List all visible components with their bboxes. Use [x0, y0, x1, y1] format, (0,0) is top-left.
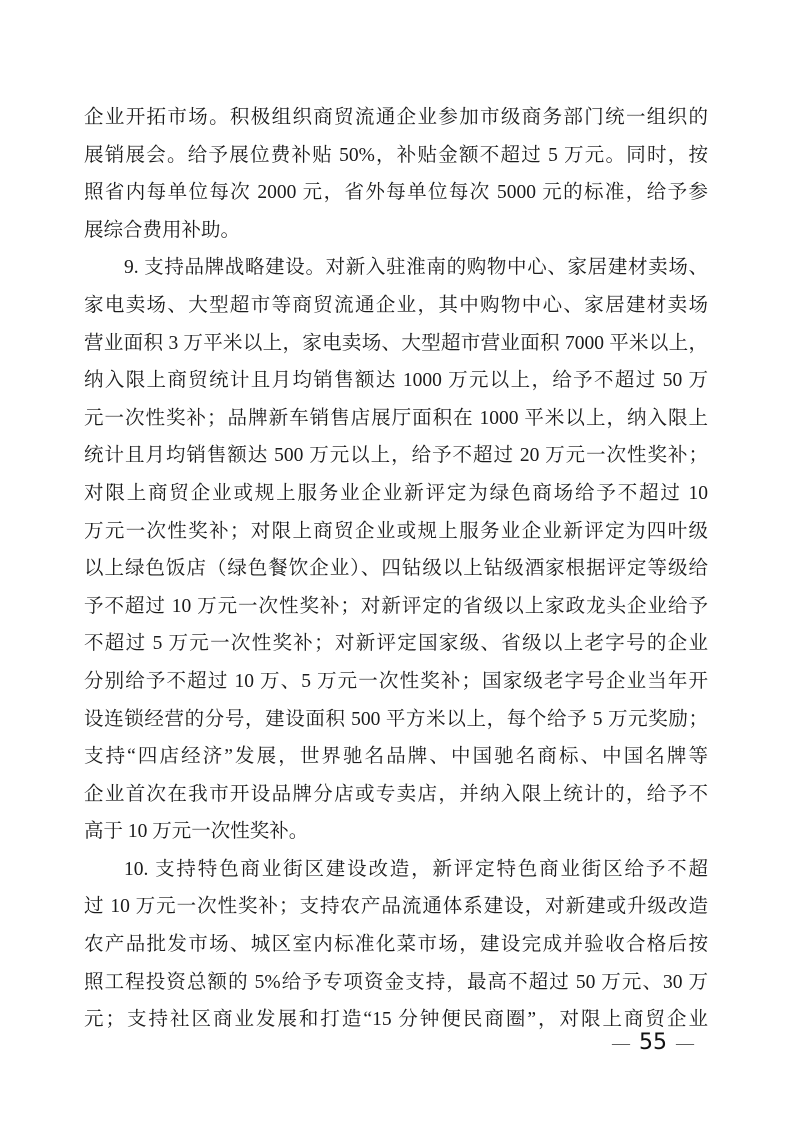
- text-line: 支持“四店经济”发展，世界驰名品牌、中国驰名商标、中国名牌等: [84, 738, 708, 776]
- text-line: 照省内每单位每次 2000 元，省外每单位每次 5000 元的标准，给予参: [84, 174, 708, 212]
- text-line: 以上绿色饭店（绿色餐饮企业）、四钻级以上钻级酒家根据评定等级给: [84, 550, 708, 588]
- text-line: 对限上商贸企业或规上服务业企业新评定为绿色商场给予不超过 10: [84, 475, 708, 513]
- text-line: 分别给予不超过 10 万、5 万元一次性奖补；国家级老字号企业当年开: [84, 663, 708, 701]
- page-footer: — 55 —: [612, 1032, 712, 1054]
- text-line: 统计且月均销售额达 500 万元以上，给予不超过 20 万元一次性奖补；: [84, 437, 708, 475]
- document-page: 企业开拓市场。积极组织商贸流通企业参加市级商务部门统一组织的 展销展会。给予展位…: [0, 0, 793, 1122]
- text-line: 予不超过 10 万元一次性奖补；对新评定的省级以上家政龙头企业给予: [84, 588, 708, 626]
- text-line: 农产品批发市场、城区室内标准化菜市场，建设完成并验收合格后按: [84, 926, 708, 964]
- text-line: 元一次性奖补；品牌新车销售店展厅面积在 1000 平米以上，纳入限上: [84, 400, 708, 438]
- text-line: 不超过 5 万元一次性奖补；对新评定国家级、省级以上老字号的企业: [84, 625, 708, 663]
- text-line: 企业开拓市场。积极组织商贸流通企业参加市级商务部门统一组织的: [84, 99, 708, 137]
- text-line: 展销展会。给予展位费补贴 50%，补贴金额不超过 5 万元。同时，按: [84, 137, 708, 175]
- text-line: 10. 支持特色商业街区建设改造，新评定特色商业街区给予不超: [84, 851, 708, 889]
- text-line: 家电卖场、大型超市等商贸流通企业，其中购物中心、家居建材卖场: [84, 287, 708, 325]
- text-line: 9. 支持品牌战略建设。对新入驻淮南的购物中心、家居建材卖场、: [84, 249, 708, 287]
- document-body: 企业开拓市场。积极组织商贸流通企业参加市级商务部门统一组织的 展销展会。给予展位…: [84, 99, 708, 1039]
- text-line: 纳入限上商贸统计且月均销售额达 1000 万元以上，给予不超过 50 万: [84, 362, 708, 400]
- text-line: 照工程投资总额的 5%给予专项资金支持，最高不超过 50 万元、30 万: [84, 964, 708, 1002]
- text-line: 万元一次性奖补；对限上商贸企业或规上服务业企业新评定为四叶级: [84, 513, 708, 551]
- text-line: 高于 10 万元一次性奖补。: [84, 813, 708, 851]
- text-line: 设连锁经营的分号，建设面积 500 平方米以上，每个给予 5 万元奖励；: [84, 701, 708, 739]
- footer-dash-right: —: [676, 1034, 694, 1052]
- text-line: 营业面积 3 万平米以上，家电卖场、大型超市营业面积 7000 平米以上，: [84, 325, 708, 363]
- text-line: 展综合费用补助。: [84, 212, 708, 250]
- footer-dash-left: —: [612, 1034, 630, 1052]
- text-line: 过 10 万元一次性奖补；支持农产品流通体系建设，对新建或升级改造: [84, 888, 708, 926]
- text-line: 企业首次在我市开设品牌分店或专卖店，并纳入限上统计的，给予不: [84, 776, 708, 814]
- page-number: 55: [639, 1032, 667, 1054]
